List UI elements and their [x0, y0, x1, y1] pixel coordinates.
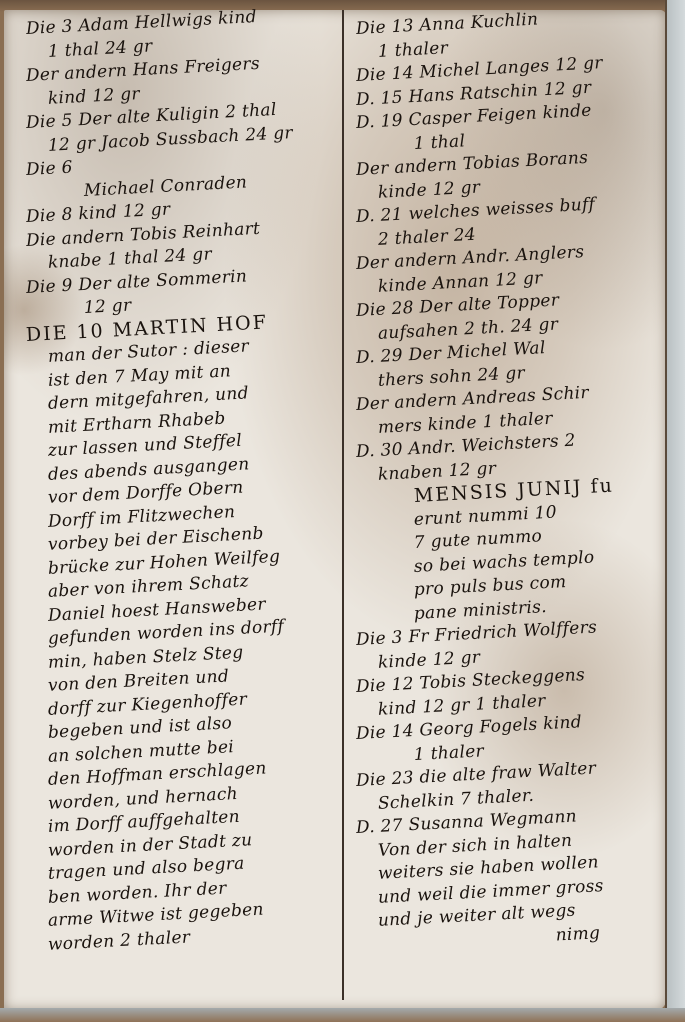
left-column: Die 3 Adam Hellwigs kind 1 thal 24 gr De… — [26, 18, 342, 958]
column-divider-line — [342, 10, 344, 1000]
right-column: Die 13 Anna Kuchlin 1 thaler Die 14 Mich… — [356, 18, 654, 958]
manuscript-photo: Die 3 Adam Hellwigs kind 1 thal 24 gr De… — [0, 0, 685, 1022]
binding-bottom-edge — [0, 1008, 685, 1022]
binding-right-strip — [665, 0, 685, 1022]
